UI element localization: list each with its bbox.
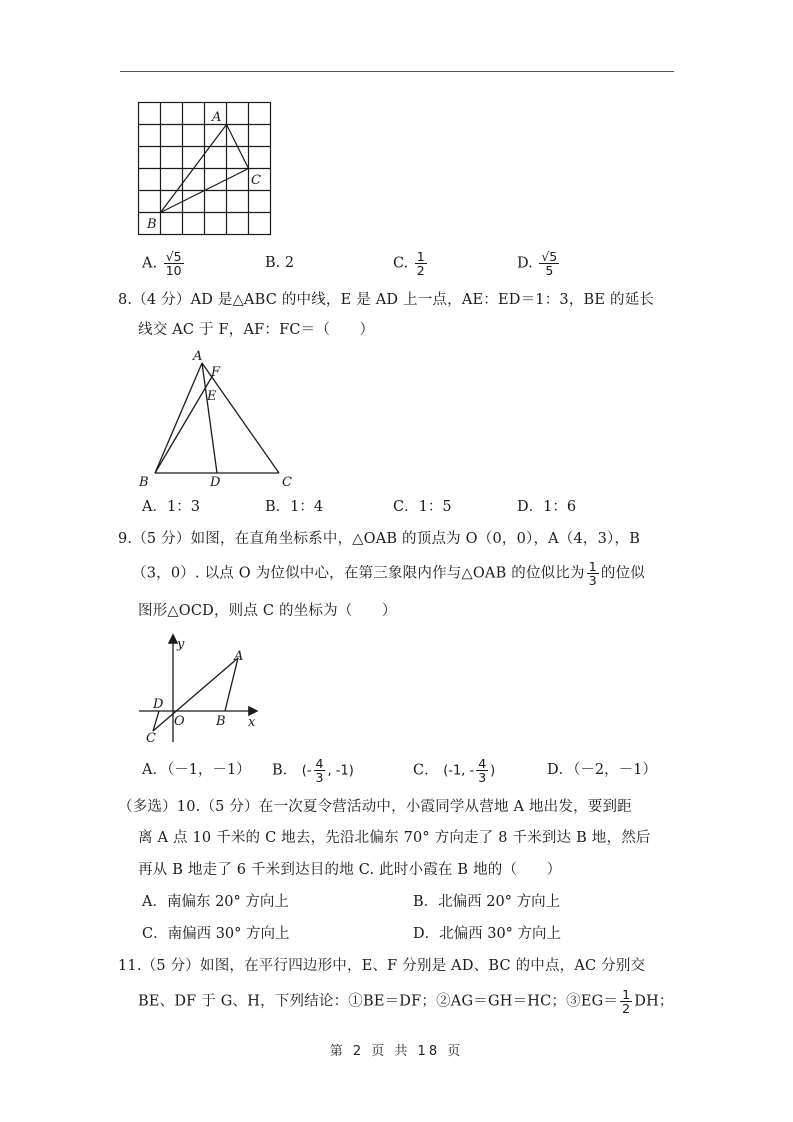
q9-label-y: y	[176, 637, 185, 652]
q11-stem-line1: 11.（5 分）如图，在平行四边形中，E、F 分别是 AD、BC 的中点，AC …	[118, 956, 645, 976]
q9-option-b[interactable]: B． (-43, -1)	[272, 757, 354, 784]
q8-option-c[interactable]: C．1：5	[393, 497, 452, 517]
q9-label-b: B	[215, 714, 226, 729]
q7-option-a-fraction: √510	[164, 250, 184, 277]
q9-label-a: A	[233, 649, 243, 664]
q10-option-c[interactable]: C．南偏西 30° 方向上	[142, 924, 290, 944]
page-footer: 第 2 页 共 18 页	[0, 1040, 793, 1059]
q7-option-d-fraction: √55	[539, 250, 559, 277]
q7-grid-figure: A C B	[130, 95, 280, 240]
q8-stem-line2: 线交 AC 于 F，AF：FC＝（ ）	[138, 320, 374, 340]
q8-label-f: F	[210, 365, 221, 380]
q9-label-d: D	[152, 697, 164, 712]
q10-stem-line2: 离 A 点 10 千米的 C 地去，先沿北偏东 70° 方向走了 8 千米到达 …	[138, 828, 651, 848]
q7-label-c: C	[251, 173, 261, 188]
q10-option-a[interactable]: A．南偏东 20° 方向上	[142, 892, 289, 912]
q8-label-d: D	[209, 475, 221, 490]
q9-ratio-fraction: 13	[587, 560, 599, 587]
q8-label-a: A	[192, 349, 202, 364]
header-rule	[120, 71, 674, 72]
q10-option-d[interactable]: D．北偏西 30° 方向上	[413, 924, 561, 944]
q10-option-b[interactable]: B．北偏西 20° 方向上	[413, 892, 560, 912]
q10-stem-line3: 再从 B 地走了 6 千米到达目的地 C. 此时小霞在 B 地的（ ）	[138, 860, 561, 880]
q8-triangle-figure: A F E B D C	[130, 340, 310, 490]
q7-option-a[interactable]: A. √510	[142, 250, 186, 277]
q7-option-d[interactable]: D. √55	[517, 250, 561, 277]
q11-fraction: 12	[620, 988, 632, 1015]
q8-label-c: C	[282, 475, 292, 490]
q7-option-b[interactable]: B. 2	[265, 253, 294, 273]
q8-stem-line1: 8.（4 分）AD 是△ABC 的中线，E 是 AD 上一点，AE：ED＝1：3…	[118, 290, 654, 310]
q8-option-d[interactable]: D．1：6	[517, 497, 576, 517]
q9-option-a[interactable]: A．（－1，－1）	[142, 760, 251, 780]
q8-label-b: B	[138, 475, 149, 490]
q9-label-o: O	[174, 714, 185, 729]
q9-option-d[interactable]: D．（－2，－1）	[547, 760, 657, 780]
q7-label-b: B	[146, 217, 157, 232]
q9-coordinate-figure: y A D O B x C	[130, 630, 270, 750]
q8-option-b[interactable]: B．1：4	[265, 497, 323, 517]
q9-stem-line1: 9.（5 分）如图，在直角坐标系中，△OAB 的顶点为 O（0，0），A（4，3…	[118, 529, 640, 549]
q7-option-c-fraction: 12	[415, 250, 427, 277]
q9-stem-line2: （3，0）. 以点 O 为位似中心，在第三象限内作与△OAB 的位似比为13的位…	[132, 560, 645, 587]
q10-stem-line1: （多选）10.（5 分）在一次夏令营活动中，小霞同学从营地 A 地出发，要到距	[118, 797, 632, 817]
q7-label-a: A	[211, 110, 221, 125]
q9-label-c: C	[146, 731, 156, 746]
q11-stem-line2: BE、DF 于 G、H，下列结论：①BE＝DF；②AG＝GH＝HC；③EG＝12…	[138, 988, 674, 1015]
q9-option-c[interactable]: C． (-1, -43)	[413, 757, 495, 784]
q8-label-e: E	[206, 389, 217, 404]
q8-option-a[interactable]: A．1：3	[142, 497, 200, 517]
q9-stem-line3: 图形△OCD，则点 C 的坐标为（ ）	[138, 601, 397, 621]
q7-option-c[interactable]: C. 12	[393, 250, 429, 277]
q9-label-x: x	[248, 715, 256, 730]
